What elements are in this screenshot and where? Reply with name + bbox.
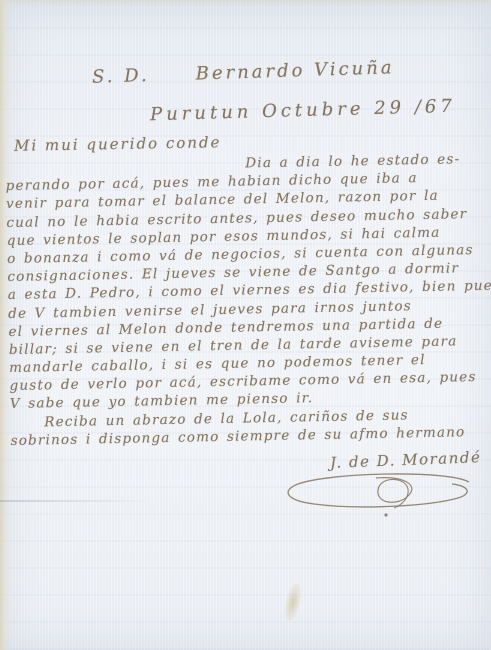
recipient-name: Bernardo Vicuña (195, 57, 394, 84)
salutation: Mi mui querido conde (14, 133, 222, 155)
letter-page: S. D.Bernardo Vicuña Purutun Octubre 29 … (0, 0, 491, 650)
date-line: Purutun Octubre 29 /67 (150, 96, 456, 126)
paper-edge-top (0, 0, 491, 7)
signature-flourish (280, 468, 474, 522)
letter-body: Dia a dia lo he estado es- perando por a… (5, 150, 490, 450)
paper-stain (282, 582, 304, 622)
paper-crease (0, 500, 155, 502)
recipient-line: S. D.Bernardo Vicuña (92, 57, 395, 87)
recipient-honorific: S. D. (92, 65, 150, 88)
